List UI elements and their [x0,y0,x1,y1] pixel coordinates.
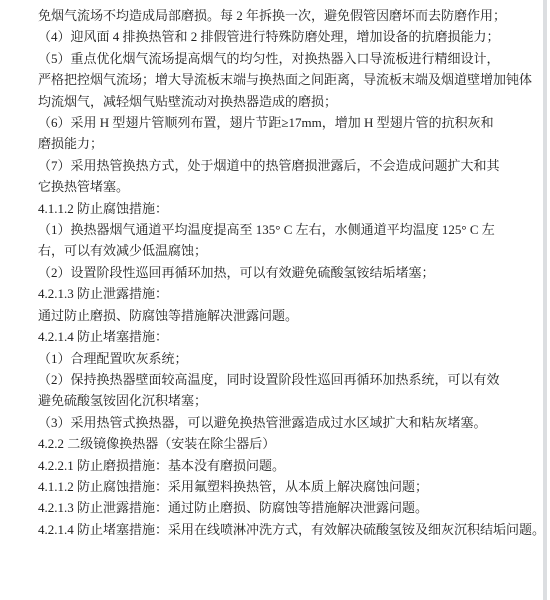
section-heading-line: 4.2.2.1 防止磨损措施：基本没有磨损问题。 [38,455,510,476]
body-text-line: 右，可以有效减少低温腐蚀； [38,240,510,261]
vertical-scrollbar[interactable] [543,0,547,600]
section-heading-line: 4.1.1.2 防止腐蚀措施： [38,198,510,219]
body-text-line: （1）合理配置吹灰系统； [38,348,510,369]
document-viewport: { "page": { "background_color": "#ffffff… [0,0,550,600]
body-text-line: （2）设置阶段性巡回再循环加热，可以有效避免硫酸氢铵结垢堵塞； [38,262,510,283]
body-text-line: 它换热管堵塞。 [38,176,510,197]
body-text-line: 避免硫酸氢铵固化沉积堵塞； [38,390,510,411]
body-text-line: 严格把控烟气流场；增大导流板末端与换热面之间距离，导流板末端及烟道壁增加钝体 [38,69,510,90]
body-text-line: （1）换热器烟气通道平均温度提高至 135° C 左右，水侧通道平均温度 125… [38,219,510,240]
document-page: 免烟气流场不均造成局部磨损。每 2 年拆换一次，避免假管因磨坏而去防磨作用； （… [38,5,510,540]
body-text-line: （7）采用热管换热方式，处于烟道中的热管磨损泄露后，不会造成问题扩大和其 [38,155,510,176]
body-text-line: （5）重点优化烟气流场提高烟气的均匀性，对换热器入口导流板进行精细设计， [38,48,510,69]
body-text-line: 均流烟气，减轻烟气贴壁流动对换热器造成的磨损； [38,91,510,112]
section-heading-line: 4.2.1.3 防止泄露措施：通过防止磨损、防腐蚀等措施解决泄露问题。 [38,497,510,518]
body-text-line: （6）采用 H 型翅片管顺列布置，翅片节距≥17mm，增加 H 型翅片管的抗积灰… [38,112,510,133]
section-heading-line: 4.2.1.4 防止堵塞措施： [38,326,510,347]
section-heading-line: 4.2.1.4 防止堵塞措施：采用在线喷淋冲洗方式，有效解决硫酸氢铵及细灰沉积结… [38,519,510,540]
body-text-line: （3）采用热管式换热器，可以避免换热管泄露造成过水区域扩大和粘灰堵塞。 [38,412,510,433]
body-text-line: 磨损能力； [38,133,510,154]
body-text-line: （4）迎风面 4 排换热管和 2 排假管进行特殊防磨处理，增加设备的抗磨损能力； [38,26,510,47]
body-text-line: （2）保持换热器壁面较高温度，同时设置阶段性巡回再循环加热系统，可以有效 [38,369,510,390]
section-heading-line: 4.2.1.3 防止泄露措施： [38,283,510,304]
body-text-line: 通过防止磨损、防腐蚀等措施解决泄露问题。 [38,305,510,326]
section-heading-line: 4.2.2 二级镜像换热器（安装在除尘器后） [38,433,510,454]
body-text-line: 免烟气流场不均造成局部磨损。每 2 年拆换一次，避免假管因磨坏而去防磨作用； [38,5,510,26]
section-heading-line: 4.1.1.2 防止腐蚀措施：采用氟塑料换热管，从本质上解决腐蚀问题； [38,476,510,497]
